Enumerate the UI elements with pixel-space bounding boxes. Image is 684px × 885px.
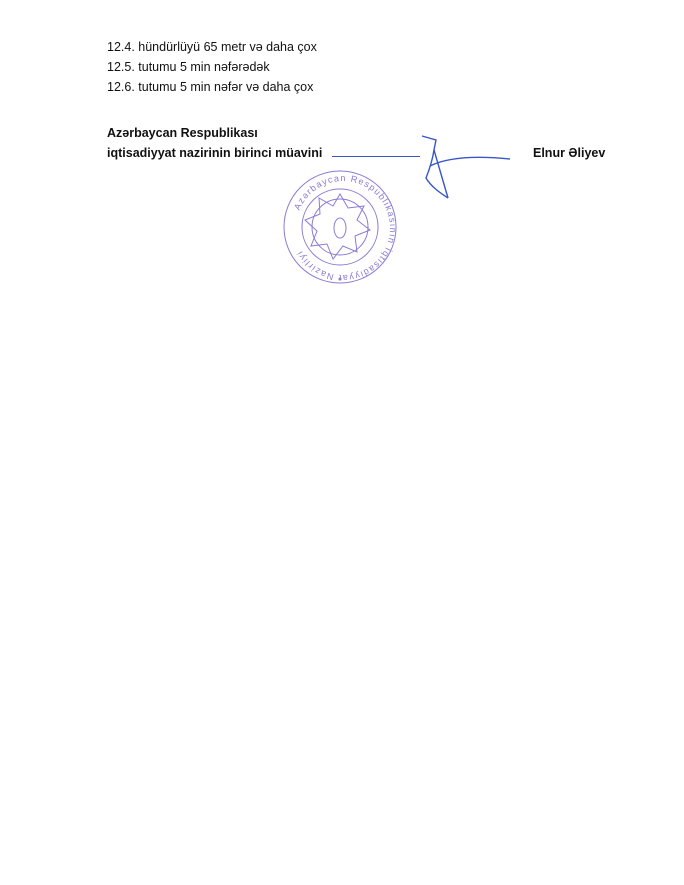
list-item: 12.5. tutumu 5 min nəfərədək (107, 57, 317, 77)
list-item: 12.6. tutumu 5 min nəfər və daha çox (107, 77, 317, 97)
signatory-position: iqtisadiyyat nazirinin birinci müavini (107, 146, 322, 160)
signature-line (332, 156, 420, 157)
handwritten-signature-icon (410, 128, 520, 203)
signer-name: Elnur Əliyev (533, 146, 605, 160)
official-stamp-icon: Azərbaycan Respublikasının İqtisadiyyat … (275, 168, 405, 286)
list-item: 12.4. hündürlüyü 65 metr və daha çox (107, 37, 317, 57)
signatory-organization: Azərbaycan Respublikası (107, 126, 258, 140)
item-list: 12.4. hündürlüyü 65 metr və daha çox 12.… (107, 37, 317, 97)
